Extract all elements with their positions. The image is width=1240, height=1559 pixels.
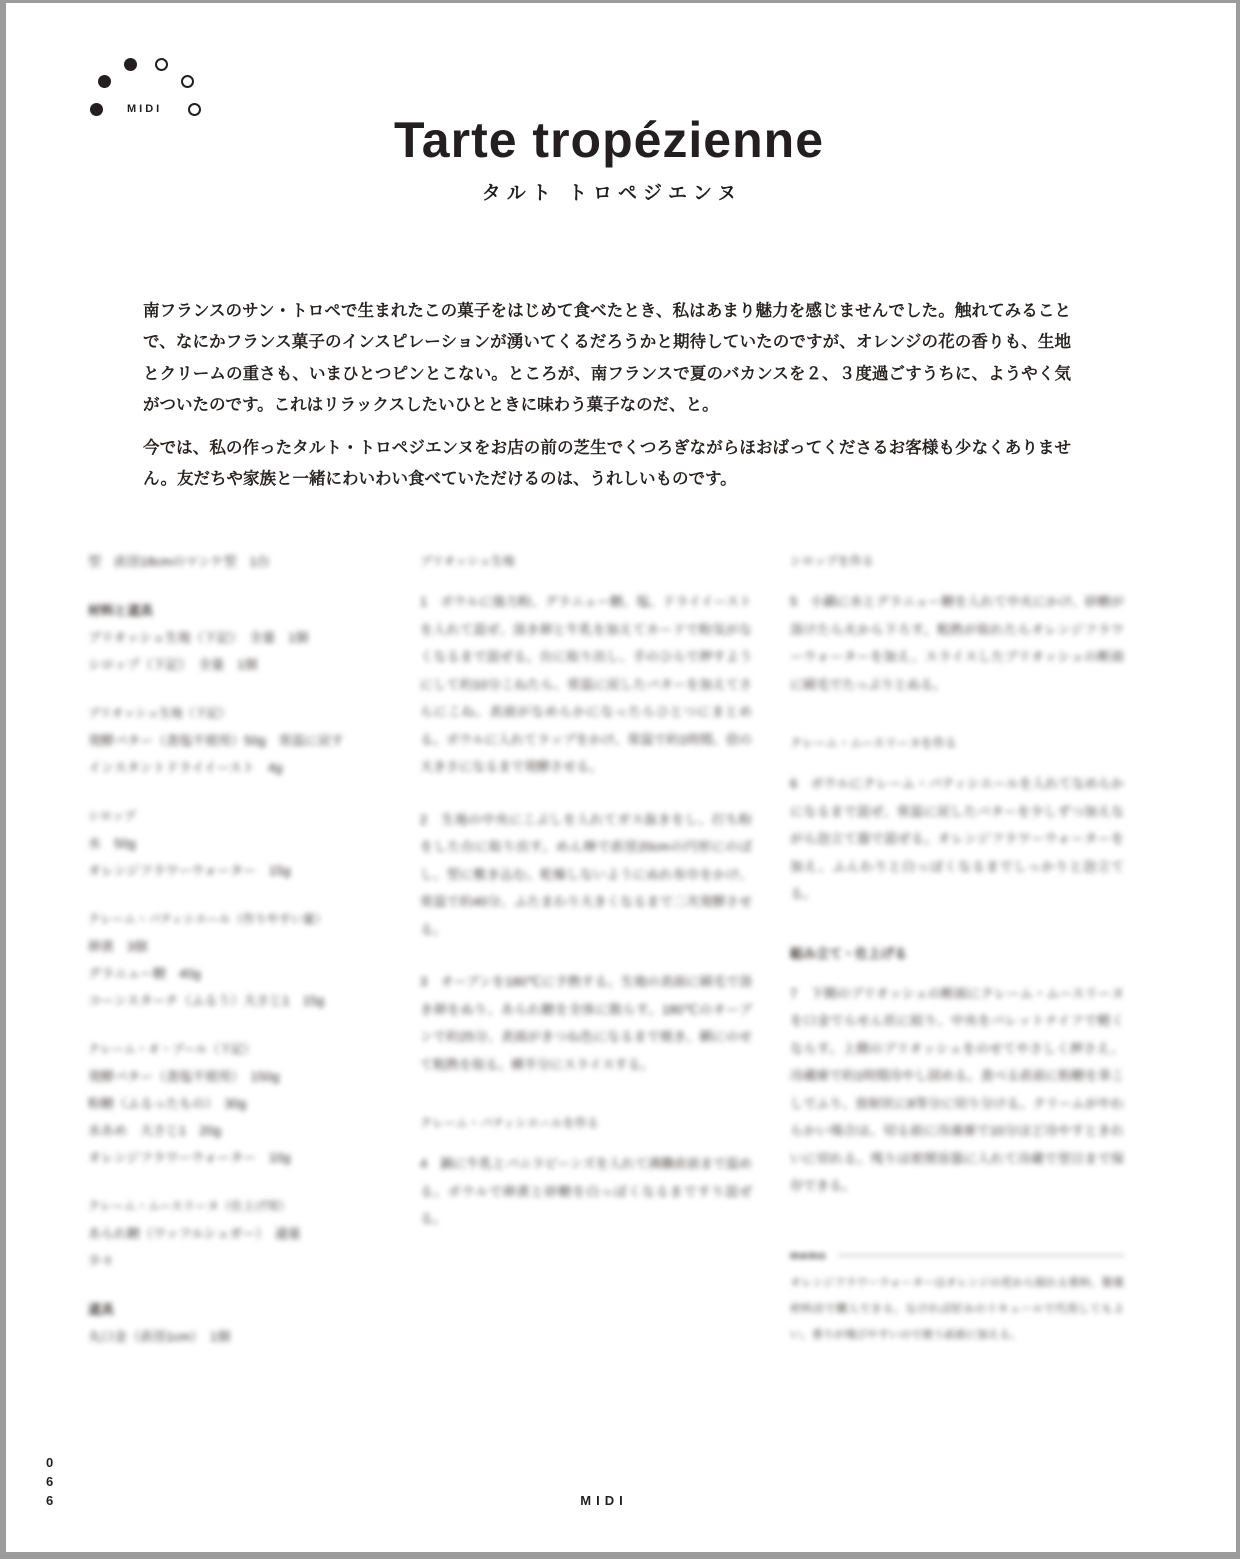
logo-brand-label: MIDI: [127, 103, 162, 115]
logo-dot-filled: [98, 75, 111, 88]
recipe-header: シロップを作る: [790, 548, 1124, 575]
page-number-digit: 0: [46, 1453, 53, 1472]
recipe-line: グラニュー糖 40g: [88, 960, 402, 987]
recipe-line: 丸口金（直径1cm） 1個: [88, 1323, 402, 1350]
recipe-line: 卵黄 3個: [88, 933, 402, 960]
recipe-line: オレンジフラワーウォーター 10g: [88, 1144, 402, 1171]
recipe-line: 水あめ 大さじ1 20g: [88, 1117, 402, 1144]
recipe-para: 4 鍋に牛乳とバニラビーンズを入れて沸騰直前まで温める。ボウルで卵黄と砂糖を白っ…: [420, 1150, 752, 1233]
page-number-digit: 6: [46, 1472, 53, 1491]
recipe-line: コーンスターチ（ふるう）大さじ1 15g: [88, 987, 402, 1014]
intro-text: 南フランスのサン・トロペで生まれたこの菓子をはじめて食べたとき、私はあまり魅力を…: [143, 296, 1071, 495]
recipe-line: オレンジフラワーウォーター 15g: [88, 857, 402, 884]
recipe-line: ブリオッシュ生地（下記） 全量 1個: [88, 624, 402, 651]
recipe-header-bold: 材料と道具: [88, 597, 402, 624]
recipe-header: クレーム・パティシエールを作る: [420, 1110, 752, 1137]
intro-paragraph: 今では、私の作ったタルト・トロペジエンヌをお店の前の芝生でくつろぎながらほおばっ…: [143, 433, 1071, 496]
recipe-header: ブリオッシュ生地: [420, 548, 752, 575]
intro-paragraph: 南フランスのサン・トロペで生まれたこの菓子をはじめて食べたとき、私はあまり魅力を…: [143, 296, 1071, 422]
recipe-column-steps-1: ブリオッシュ生地1 ボウルに強力粉、グラニュー糖、塩、ドライイーストを入れて混ぜ…: [420, 548, 752, 1233]
recipe-header-bold: 組み立て・仕上げる: [790, 940, 1124, 967]
recipe-para: 5 小鍋に水とグラニュー糖を入れて中火にかけ、砂糖が溶けたら火から下ろす。粗熱が…: [790, 588, 1124, 698]
logo-dot-open: [155, 58, 168, 71]
recipe-header-bold: 道具: [88, 1296, 402, 1323]
page-subtitle-ja: タルト トロペジエンヌ: [6, 178, 1212, 205]
recipe-para: 2 生地の中央にこぶしを入れてガス抜きをし、打ち粉をした台に取り出す。めん棒で直…: [420, 806, 752, 944]
recipe-line: シロップ（下記） 全量 1個: [88, 651, 402, 678]
title-block: Tarte tropézienne タルト トロペジエンヌ: [6, 115, 1212, 205]
recipe-column-ingredients: 型 直径18cmのマンケ型 1台材料と道具ブリオッシュ生地（下記） 全量 1個シ…: [88, 548, 402, 1350]
recipe-line: 水 50g: [88, 830, 402, 857]
recipe-line: インスタントドライイースト 4g: [88, 754, 402, 781]
recipe-header: クレーム・パティシエール（作りやすい量）: [88, 906, 402, 933]
recipe-line: 発酵バター（食塩不使用）50g 常温に戻す: [88, 727, 402, 754]
recipe-para: 3 オーブンを180℃に予熱する。生地の表面に刷毛で溶き卵をぬり、あられ糖を全体…: [420, 968, 752, 1078]
recipe-line: 少々: [88, 1247, 402, 1274]
recipe-column-steps-2: シロップを作る5 小鍋に水とグラニュー糖を入れて中火にかけ、砂糖が溶けたら火から…: [790, 548, 1124, 1348]
page-title: Tarte tropézienne: [6, 115, 1212, 165]
recipe-header: クレーム・ムースリーヌ（仕上げ用）: [88, 1193, 402, 1220]
recipe-line: あられ糖（ワッフルシュガー） 適量: [88, 1220, 402, 1247]
book-page: MIDI Tarte tropézienne タルト トロペジエンヌ 南フランス…: [6, 3, 1236, 1552]
footer-brand: MIDI: [6, 1493, 1202, 1508]
recipe-memo-line: オレンジフラワーウォーターはオレンジの花から採れる香料。製菓材料店で購入できる。…: [790, 1270, 1124, 1348]
recipe-header: ブリオッシュ生地（下記）: [88, 700, 402, 727]
recipe-line: 粉糖（ふるったもの） 30g: [88, 1090, 402, 1117]
recipe-spec-line: 型 直径18cmのマンケ型 1台: [88, 548, 402, 575]
recipe-para: 7 下側のブリオッシュの断面にクレーム・ムースリーヌを口金でらせん状に絞り、中央…: [790, 980, 1124, 1200]
recipe-header: シロップ: [88, 803, 402, 830]
recipe-para: 6 ボウルにクレーム・パティシエールを入れてなめらかになるまで混ぜ、常温に戻した…: [790, 770, 1124, 908]
recipe-para: 1 ボウルに強力粉、グラニュー糖、塩、ドライイーストを入れて混ぜ、溶き卵と牛乳を…: [420, 588, 752, 781]
logo-dot-open: [181, 75, 194, 88]
recipe-header: クレーム・ムースリーヌを作る: [790, 730, 1124, 757]
recipe-memo-head: memo: [790, 1250, 1124, 1262]
logo-dot-filled: [124, 58, 137, 71]
recipe-line: 発酵バター（食塩不使用） 150g: [88, 1063, 402, 1090]
recipe-header: クレーム・オ・ブール（下記）: [88, 1036, 402, 1063]
